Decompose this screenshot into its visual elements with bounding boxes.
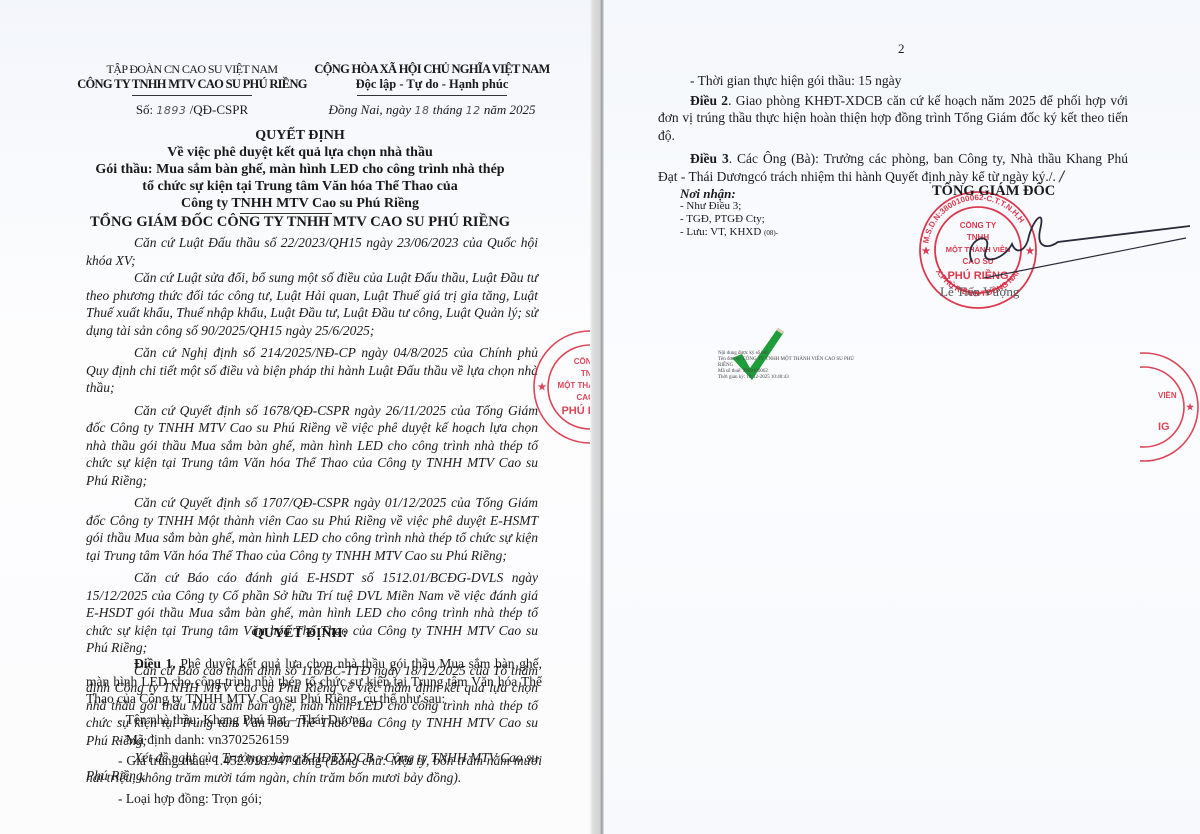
- svg-text:★: ★: [922, 246, 931, 257]
- winning-price: - Giá trúng thầu: 1.452.018.947 đồng (Bằ…: [86, 752, 542, 787]
- svg-text:★: ★: [538, 382, 547, 393]
- svg-text:★: ★: [1186, 402, 1195, 412]
- page-gutter: [590, 0, 604, 834]
- parent-org: TẬP ĐOÀN CN CAO SU VIỆT NAM: [72, 62, 312, 77]
- duration-line: - Thời gian thực hiện gói thầu: 15 ngày: [658, 72, 1128, 90]
- recipients-list: Nơi nhận: - Như Điều 3; - TGĐ, PTGĐ Cty;…: [680, 187, 778, 240]
- legal-basis: Căn cứ Quyết định số 1678/QĐ-CSPR ngày 2…: [86, 402, 538, 490]
- national-header: CỘNG HÒA XÃ HỘI CHỦ NGHĨA VIỆT NAM Độc l…: [312, 62, 552, 118]
- legal-basis: Căn cứ Nghị định số 214/2025/NĐ-CP ngày …: [86, 344, 538, 397]
- motto-rule: [357, 95, 507, 96]
- contractor-id: - Mã định danh: vn3702526159: [86, 731, 542, 749]
- svg-text:VIÊN: VIÊN: [1158, 391, 1177, 400]
- issuer-header: TẬP ĐOÀN CN CAO SU VIỆT NAM CÔNG TY TNHH…: [72, 62, 312, 118]
- page-number: 2: [898, 41, 905, 57]
- svg-text:TNHH: TNHH: [581, 369, 590, 378]
- legal-basis: Căn cứ Quyết định số 1707/QĐ-CSPR ngày 0…: [86, 494, 538, 564]
- national-motto: Độc lập - Tự do - Hạnh phúc: [312, 77, 552, 92]
- article-2: Điều 2. Giao phòng KHĐT-XDCB căn cứ kế h…: [658, 92, 1128, 145]
- signer-title: TỔNG GIÁM ĐỐC: [932, 183, 1055, 200]
- nation-name: CỘNG HÒA XÃ HỘI CHỦ NGHĨA VIỆT NAM: [312, 62, 552, 77]
- legal-basis: Căn cứ Luật Đấu thầu số 22/2023/QH15 ngà…: [86, 234, 538, 269]
- svg-text:CAO SU: CAO SU: [576, 393, 590, 402]
- document-page-2: 2 - Thời gian thực hiện gói thầu: 15 ngà…: [604, 0, 1200, 834]
- title-company: Công ty TNHH MTV Cao su Phú Riềng: [40, 195, 560, 212]
- article-3: Điều 3. Các Ông (Bà): Trưởng các phòng, …: [658, 150, 1128, 186]
- legal-basis: Căn cứ Luật sửa đổi, bổ sung một số điều…: [86, 269, 538, 339]
- company-seal-edge: VIÊN IG ★: [1140, 352, 1200, 462]
- svg-text:PHÚ RIỀNG: PHÚ RIỀNG: [561, 404, 590, 417]
- document-number: Số: 1893 /QĐ-CSPR: [72, 102, 312, 118]
- handwritten-number: 1893: [156, 104, 186, 117]
- issue-date: Đồng Nai, ngày 18 tháng 12 năm 2025: [312, 102, 552, 118]
- signature-scribble: [954, 200, 1194, 290]
- svg-text:IG: IG: [1158, 421, 1170, 433]
- contractor-name: - Tên nhà thầu: Khang Phú Đạt – Thái Dươ…: [86, 711, 542, 729]
- document-page-1: TẬP ĐOÀN CN CAO SU VIỆT NAM CÔNG TY TNHH…: [0, 0, 590, 834]
- company-seal-partial: CÔNG TY TNHH MỘT THÀNH VIÊN CAO SU PHÚ R…: [530, 328, 590, 446]
- article-1: Điều 1. Phê duyệt kết quả lựa chọn nhà t…: [86, 655, 542, 807]
- svg-text:CÔNG TY: CÔNG TY: [574, 357, 590, 366]
- contract-type: - Loại hợp đồng: Trọn gói;: [86, 790, 542, 808]
- signer-name: Lê Tiến Vượng: [940, 284, 1019, 300]
- page2-body: - Thời gian thực hiện gói thầu: 15 ngày …: [658, 72, 1128, 192]
- recipients-label: Nơi nhận:: [680, 187, 778, 200]
- issuing-authority: TỔNG GIÁM ĐỐC CÔNG TY TNHH MTV CAO SU PH…: [40, 214, 560, 231]
- digital-signature-info: Nội dung được ký số bởi: Tên đơn vị: CÔN…: [718, 351, 858, 381]
- header-rule: [132, 95, 252, 96]
- legal-basis: Căn cứ Báo cáo đánh giá E-HSDT số 1512.0…: [86, 569, 538, 657]
- company-name: CÔNG TY TNHH MTV CAO SU PHÚ RIỀNG: [72, 77, 312, 92]
- svg-text:MỘT THÀNH VIÊN: MỘT THÀNH VIÊN: [558, 381, 590, 390]
- decision-heading: QUYẾT ĐỊNH:: [40, 626, 560, 642]
- decision-title: QUYẾT ĐỊNH Về việc phê duyệt kết quả lựa…: [40, 127, 560, 214]
